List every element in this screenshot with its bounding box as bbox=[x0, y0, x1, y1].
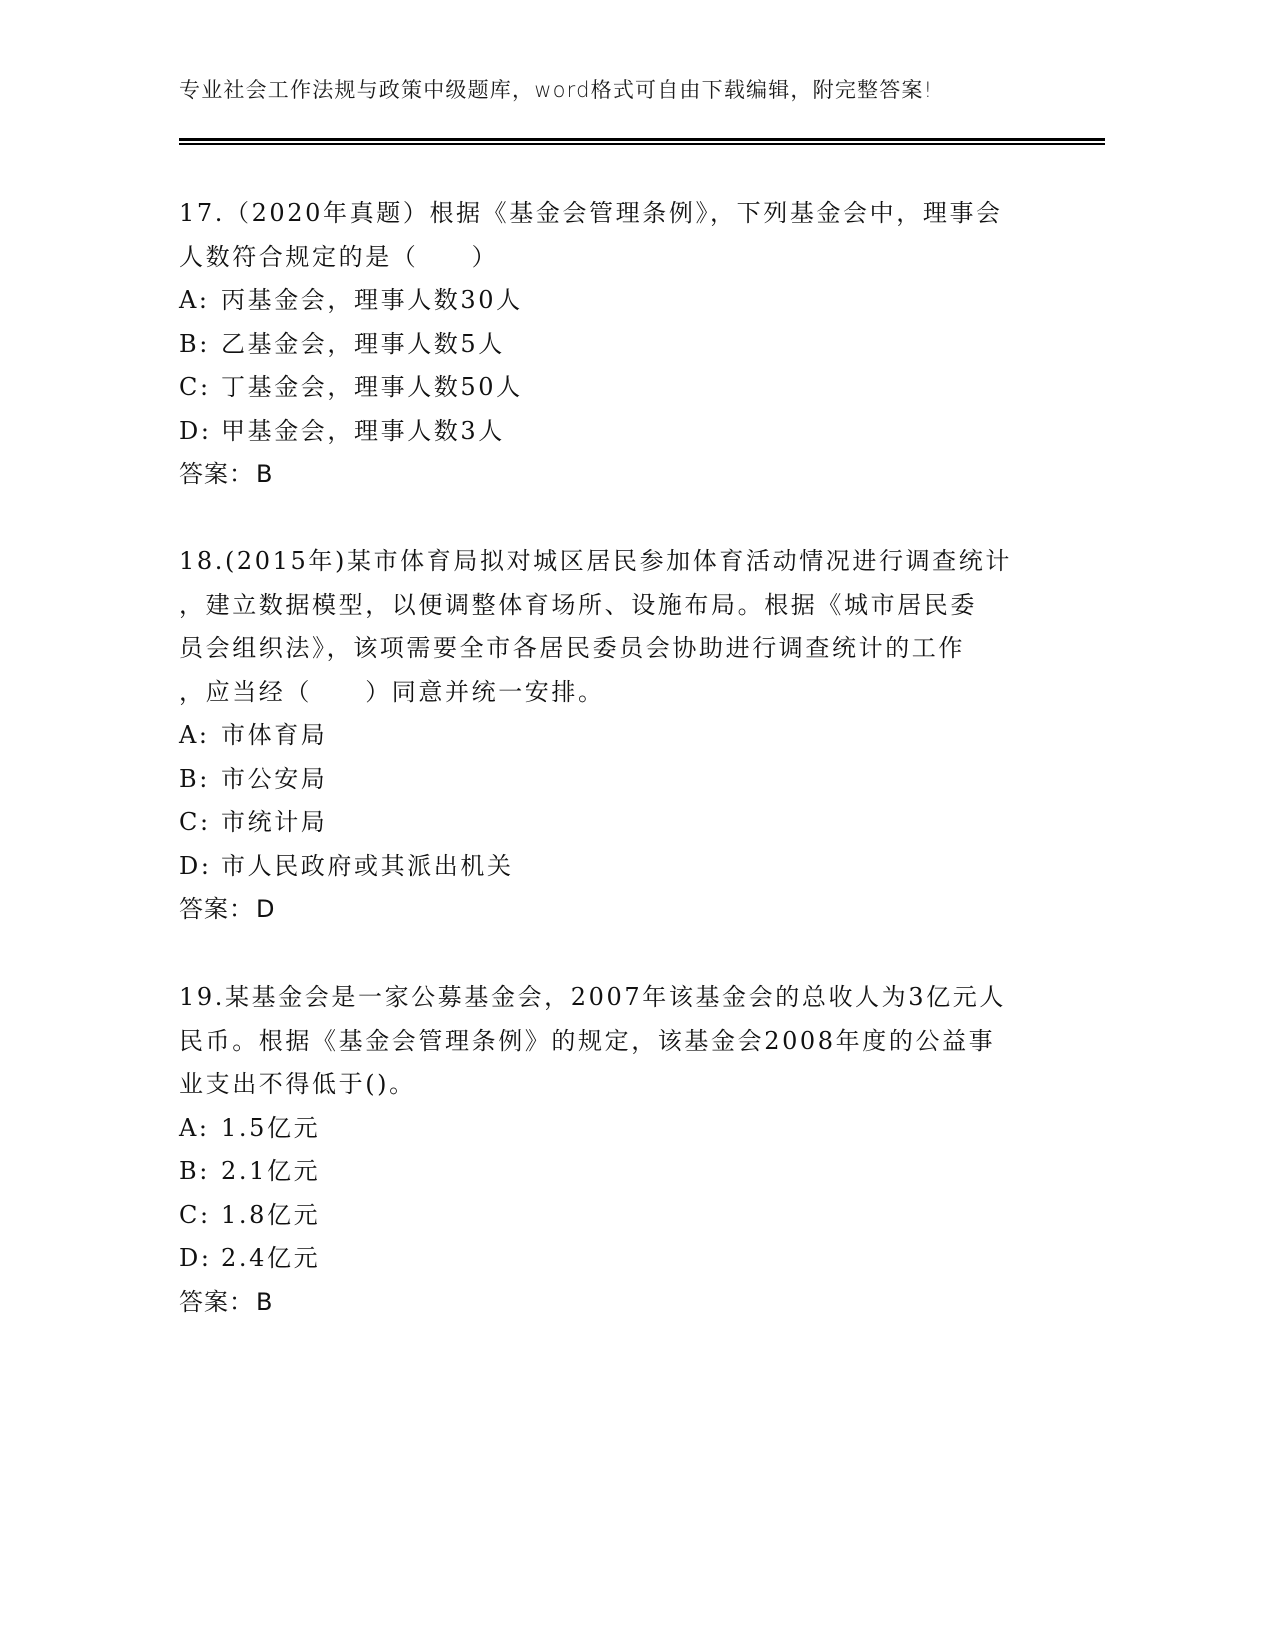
option-key: B: bbox=[179, 323, 221, 367]
option-key: D: bbox=[179, 1237, 221, 1281]
option-text: 市统计局 bbox=[221, 808, 327, 836]
option-text: 乙基金会，理事人数5人 bbox=[221, 330, 505, 358]
option-key: B: bbox=[179, 758, 221, 802]
option-text: 丙基金会，理事人数30人 bbox=[221, 286, 523, 314]
divider-thin-line bbox=[179, 143, 1105, 145]
question-19: 19.某基金会是一家公募基金会，2007年该基金会的总收人为3亿元人 民币。根据… bbox=[179, 976, 1049, 1324]
option-d: D:甲基金会，理事人数3人 bbox=[179, 410, 1049, 454]
option-text: 市体育局 bbox=[221, 721, 327, 749]
header-divider bbox=[179, 138, 1105, 145]
option-text: 丁基金会，理事人数50人 bbox=[221, 373, 523, 401]
question-stem-line: 17.（2020年真题）根据《基金会管理条例》，下列基金会中，理事会 bbox=[179, 192, 1049, 236]
question-18: 18.(2015年)某市体育局拟对城区居民参加体育活动情况进行调查统计 ，建立数… bbox=[179, 540, 1049, 932]
option-b: B:2.1亿元 bbox=[179, 1150, 1049, 1194]
question-stem-line: 人数符合规定的是（ ） bbox=[179, 236, 1049, 280]
option-text: 甲基金会，理事人数3人 bbox=[221, 417, 505, 445]
option-text: 市人民政府或其派出机关 bbox=[221, 852, 514, 880]
question-stem-line: 业支出不得低于()。 bbox=[179, 1063, 1049, 1107]
question-stem-line: 员会组织法》，该项需要全市各居民委员会协助进行调查统计的工作 bbox=[179, 627, 1049, 671]
page-header: 专业社会工作法规与政策中级题库，word格式可自由下载编辑，附完整答案! bbox=[179, 74, 933, 104]
answer-line: 答案：B bbox=[179, 1281, 1049, 1325]
option-key: A: bbox=[179, 714, 221, 758]
question-stem-line: 民币。根据《基金会管理条例》的规定，该基金会2008年度的公益事 bbox=[179, 1020, 1049, 1064]
answer-value: D bbox=[256, 895, 275, 923]
option-text: 2.4亿元 bbox=[221, 1244, 320, 1272]
option-text: 2.1亿元 bbox=[221, 1157, 320, 1185]
option-key: C: bbox=[179, 1194, 221, 1238]
answer-value: B bbox=[256, 1288, 273, 1316]
option-key: D: bbox=[179, 845, 221, 889]
option-key: B: bbox=[179, 1150, 221, 1194]
option-key: C: bbox=[179, 801, 221, 845]
option-d: D:市人民政府或其派出机关 bbox=[179, 845, 1049, 889]
answer-label: 答案： bbox=[179, 895, 254, 923]
option-key: A: bbox=[179, 1107, 221, 1151]
answer-line: 答案：D bbox=[179, 888, 1049, 932]
option-b: B:市公安局 bbox=[179, 758, 1049, 802]
option-key: D: bbox=[179, 410, 221, 454]
option-text: 1.5亿元 bbox=[221, 1114, 320, 1142]
option-text: 1.8亿元 bbox=[221, 1201, 320, 1229]
option-c: C:丁基金会，理事人数50人 bbox=[179, 366, 1049, 410]
question-17: 17.（2020年真题）根据《基金会管理条例》，下列基金会中，理事会 人数符合规… bbox=[179, 192, 1049, 497]
question-stem-line: ，建立数据模型，以便调整体育场所、设施布局。根据《城市居民委 bbox=[179, 584, 1049, 628]
divider-thick-line bbox=[179, 138, 1105, 141]
option-text: 市公安局 bbox=[221, 765, 327, 793]
question-stem-line: 19.某基金会是一家公募基金会，2007年该基金会的总收人为3亿元人 bbox=[179, 976, 1049, 1020]
question-stem-line: ，应当经（ ）同意并统一安排。 bbox=[179, 671, 1049, 715]
option-c: C:市统计局 bbox=[179, 801, 1049, 845]
answer-line: 答案：B bbox=[179, 453, 1049, 497]
option-a: A:市体育局 bbox=[179, 714, 1049, 758]
answer-label: 答案： bbox=[179, 1288, 254, 1316]
question-stem-line: 18.(2015年)某市体育局拟对城区居民参加体育活动情况进行调查统计 bbox=[179, 540, 1049, 584]
option-a: A:丙基金会，理事人数30人 bbox=[179, 279, 1049, 323]
option-a: A:1.5亿元 bbox=[179, 1107, 1049, 1151]
option-c: C:1.8亿元 bbox=[179, 1194, 1049, 1238]
option-d: D:2.4亿元 bbox=[179, 1237, 1049, 1281]
answer-label: 答案： bbox=[179, 460, 254, 488]
option-b: B:乙基金会，理事人数5人 bbox=[179, 323, 1049, 367]
option-key: C: bbox=[179, 366, 221, 410]
option-key: A: bbox=[179, 279, 221, 323]
document-page: 专业社会工作法规与政策中级题库，word格式可自由下载编辑，附完整答案! 17.… bbox=[0, 0, 1275, 1650]
answer-value: B bbox=[256, 460, 273, 488]
